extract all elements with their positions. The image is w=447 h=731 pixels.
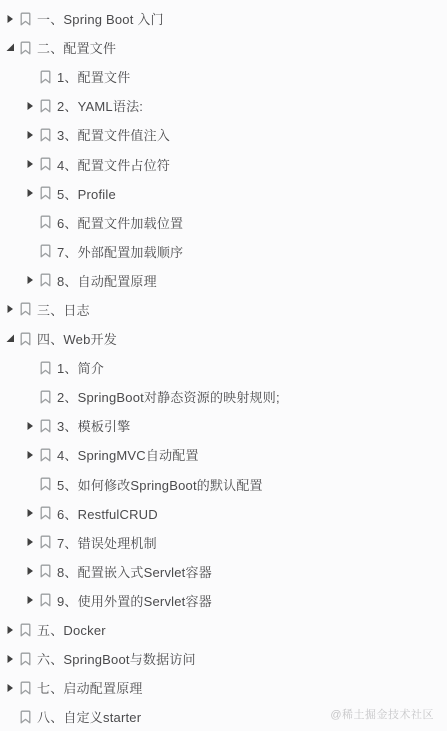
bookmark-label[interactable]: 9、使用外置的Servlet容器 bbox=[56, 591, 212, 610]
bookmark-row[interactable]: 7、外部配置加载顺序 bbox=[0, 237, 447, 266]
bookmark-label[interactable]: 八、自定义starter bbox=[36, 707, 141, 726]
bookmark-label[interactable]: 六、SpringBoot与数据访问 bbox=[36, 649, 196, 668]
expand-collapse-arrow-icon[interactable] bbox=[6, 332, 20, 346]
bookmark-icon bbox=[40, 361, 56, 375]
bookmark-label[interactable]: 二、配置文件 bbox=[36, 38, 116, 57]
bookmark-label[interactable]: 5、Profile bbox=[56, 184, 116, 203]
bookmark-icon bbox=[40, 535, 56, 549]
expand-collapse-arrow-icon[interactable] bbox=[6, 41, 20, 55]
expand-collapse-arrow-icon bbox=[26, 390, 40, 404]
expand-collapse-arrow-icon bbox=[6, 710, 20, 724]
bookmark-label[interactable]: 3、模板引擎 bbox=[56, 416, 130, 435]
expand-collapse-arrow-icon[interactable] bbox=[26, 419, 40, 433]
bookmark-label[interactable]: 1、配置文件 bbox=[56, 67, 130, 86]
bookmark-label[interactable]: 6、配置文件加载位置 bbox=[56, 213, 183, 232]
bookmark-icon bbox=[20, 302, 36, 316]
expand-collapse-arrow-icon[interactable] bbox=[6, 652, 20, 666]
bookmark-row[interactable]: 四、Web开发 bbox=[0, 324, 447, 353]
bookmark-icon bbox=[40, 186, 56, 200]
bookmark-icon bbox=[40, 99, 56, 113]
bookmark-row[interactable]: 三、日志 bbox=[0, 295, 447, 324]
bookmark-icon bbox=[40, 215, 56, 229]
expand-collapse-arrow-icon[interactable] bbox=[26, 564, 40, 578]
bookmark-icon bbox=[20, 12, 36, 26]
bookmark-row[interactable]: 七、启动配置原理 bbox=[0, 673, 447, 702]
bookmark-row[interactable]: 6、配置文件加载位置 bbox=[0, 208, 447, 237]
bookmark-label[interactable]: 4、配置文件占位符 bbox=[56, 155, 170, 174]
bookmark-label[interactable]: 2、SpringBoot对静态资源的映射规则; bbox=[56, 387, 280, 406]
bookmark-row[interactable]: 5、Profile bbox=[0, 179, 447, 208]
bookmark-row[interactable]: 4、SpringMVC自动配置 bbox=[0, 440, 447, 469]
bookmark-icon bbox=[20, 681, 36, 695]
expand-collapse-arrow-icon[interactable] bbox=[26, 273, 40, 287]
bookmark-label[interactable]: 4、SpringMVC自动配置 bbox=[56, 445, 199, 464]
bookmark-row[interactable]: 1、简介 bbox=[0, 353, 447, 382]
bookmark-row[interactable]: 4、配置文件占位符 bbox=[0, 149, 447, 178]
bookmark-label[interactable]: 五、Docker bbox=[36, 620, 106, 639]
bookmark-row[interactable]: 3、配置文件值注入 bbox=[0, 120, 447, 149]
expand-collapse-arrow-icon[interactable] bbox=[26, 506, 40, 520]
bookmark-icon bbox=[40, 564, 56, 578]
bookmark-icon bbox=[40, 477, 56, 491]
expand-collapse-arrow-icon[interactable] bbox=[6, 623, 20, 637]
bookmark-label[interactable]: 四、Web开发 bbox=[36, 329, 117, 348]
bookmark-label[interactable]: 七、启动配置原理 bbox=[36, 678, 143, 697]
bookmark-row[interactable]: 一、Spring Boot 入门 bbox=[0, 4, 447, 33]
expand-collapse-arrow-icon[interactable] bbox=[6, 12, 20, 26]
expand-collapse-arrow-icon bbox=[26, 361, 40, 375]
bookmark-label[interactable]: 一、Spring Boot 入门 bbox=[36, 9, 164, 28]
bookmark-icon bbox=[20, 41, 36, 55]
bookmark-label[interactable]: 3、配置文件值注入 bbox=[56, 125, 170, 144]
watermark-text: @稀土掘金技术社区 bbox=[330, 706, 434, 722]
bookmark-icon bbox=[40, 157, 56, 171]
expand-collapse-arrow-icon[interactable] bbox=[26, 157, 40, 171]
bookmark-icon bbox=[40, 448, 56, 462]
bookmark-label[interactable]: 6、RestfulCRUD bbox=[56, 504, 158, 523]
bookmark-icon bbox=[20, 652, 36, 666]
bookmark-row[interactable]: 3、模板引擎 bbox=[0, 411, 447, 440]
expand-collapse-arrow-icon[interactable] bbox=[26, 593, 40, 607]
bookmark-label[interactable]: 7、外部配置加载顺序 bbox=[56, 242, 183, 261]
bookmark-icon bbox=[40, 506, 56, 520]
bookmark-row[interactable]: 9、使用外置的Servlet容器 bbox=[0, 586, 447, 615]
expand-collapse-arrow-icon[interactable] bbox=[6, 302, 20, 316]
bookmark-row[interactable]: 2、YAML语法: bbox=[0, 91, 447, 120]
bookmarks-panel: 一、Spring Boot 入门 二、配置文件 bbox=[0, 0, 447, 731]
bookmark-icon bbox=[40, 419, 56, 433]
bookmark-row[interactable]: 二、配置文件 bbox=[0, 33, 447, 62]
bookmark-label[interactable]: 5、如何修改SpringBoot的默认配置 bbox=[56, 475, 263, 494]
bookmark-label[interactable]: 8、配置嵌入式Servlet容器 bbox=[56, 562, 212, 581]
expand-collapse-arrow-icon bbox=[26, 215, 40, 229]
bookmark-tree: 一、Spring Boot 入门 二、配置文件 bbox=[0, 0, 447, 731]
expand-collapse-arrow-icon[interactable] bbox=[26, 448, 40, 462]
bookmark-label[interactable]: 8、自动配置原理 bbox=[56, 271, 157, 290]
expand-collapse-arrow-icon bbox=[26, 477, 40, 491]
bookmark-icon bbox=[40, 390, 56, 404]
expand-collapse-arrow-icon[interactable] bbox=[26, 128, 40, 142]
bookmark-icon bbox=[40, 273, 56, 287]
bookmark-icon bbox=[20, 332, 36, 346]
expand-collapse-arrow-icon bbox=[26, 70, 40, 84]
bookmark-label[interactable]: 2、YAML语法: bbox=[56, 96, 143, 115]
bookmark-row[interactable]: 2、SpringBoot对静态资源的映射规则; bbox=[0, 382, 447, 411]
bookmark-row[interactable]: 5、如何修改SpringBoot的默认配置 bbox=[0, 470, 447, 499]
bookmark-label[interactable]: 1、简介 bbox=[56, 358, 104, 377]
bookmark-icon bbox=[40, 593, 56, 607]
bookmark-icon bbox=[40, 70, 56, 84]
bookmark-icon bbox=[20, 623, 36, 637]
expand-collapse-arrow-icon[interactable] bbox=[26, 99, 40, 113]
bookmark-icon bbox=[20, 710, 36, 724]
bookmark-row[interactable]: 五、Docker bbox=[0, 615, 447, 644]
expand-collapse-arrow-icon[interactable] bbox=[6, 681, 20, 695]
expand-collapse-arrow-icon[interactable] bbox=[26, 535, 40, 549]
expand-collapse-arrow-icon[interactable] bbox=[26, 186, 40, 200]
expand-collapse-arrow-icon bbox=[26, 244, 40, 258]
bookmark-icon bbox=[40, 244, 56, 258]
bookmark-row[interactable]: 8、自动配置原理 bbox=[0, 266, 447, 295]
bookmark-label[interactable]: 三、日志 bbox=[36, 300, 90, 319]
bookmark-row[interactable]: 1、配置文件 bbox=[0, 62, 447, 91]
bookmark-icon bbox=[40, 128, 56, 142]
bookmark-label[interactable]: 7、错误处理机制 bbox=[56, 533, 157, 552]
bookmark-row[interactable]: 7、错误处理机制 bbox=[0, 528, 447, 557]
bookmark-row[interactable]: 六、SpringBoot与数据访问 bbox=[0, 644, 447, 673]
bookmark-row[interactable]: 8、配置嵌入式Servlet容器 bbox=[0, 557, 447, 586]
bookmark-row[interactable]: 6、RestfulCRUD bbox=[0, 499, 447, 528]
